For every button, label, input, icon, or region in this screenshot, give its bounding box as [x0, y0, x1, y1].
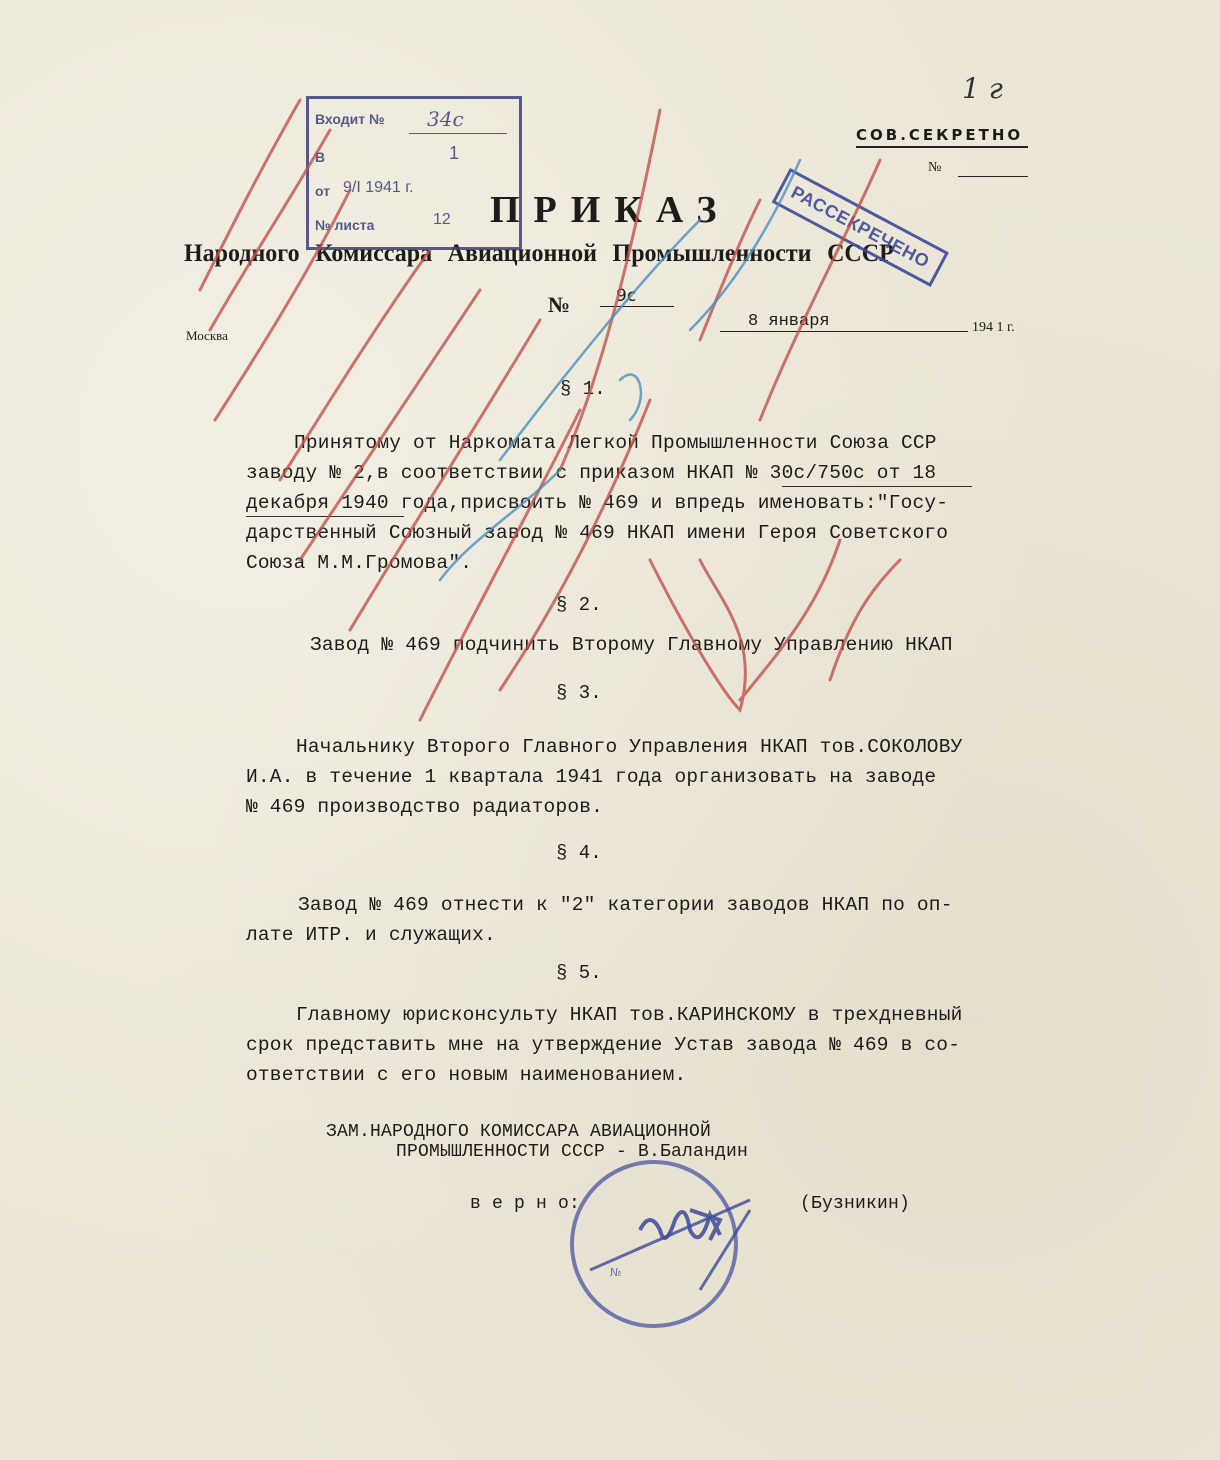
handwritten-resolution-overlay — [0, 0, 1220, 1460]
